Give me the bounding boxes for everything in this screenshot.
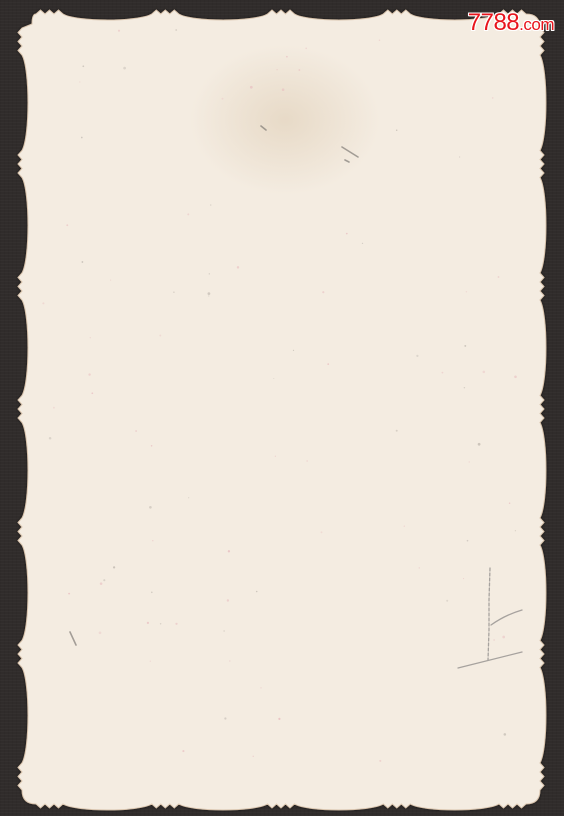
paper-stain — [190, 45, 380, 195]
watermark-number: 7788 — [468, 9, 519, 36]
watermark-domain: .com — [519, 15, 554, 34]
photo-card — [0, 0, 564, 816]
watermark: 7788.com — [468, 10, 554, 38]
